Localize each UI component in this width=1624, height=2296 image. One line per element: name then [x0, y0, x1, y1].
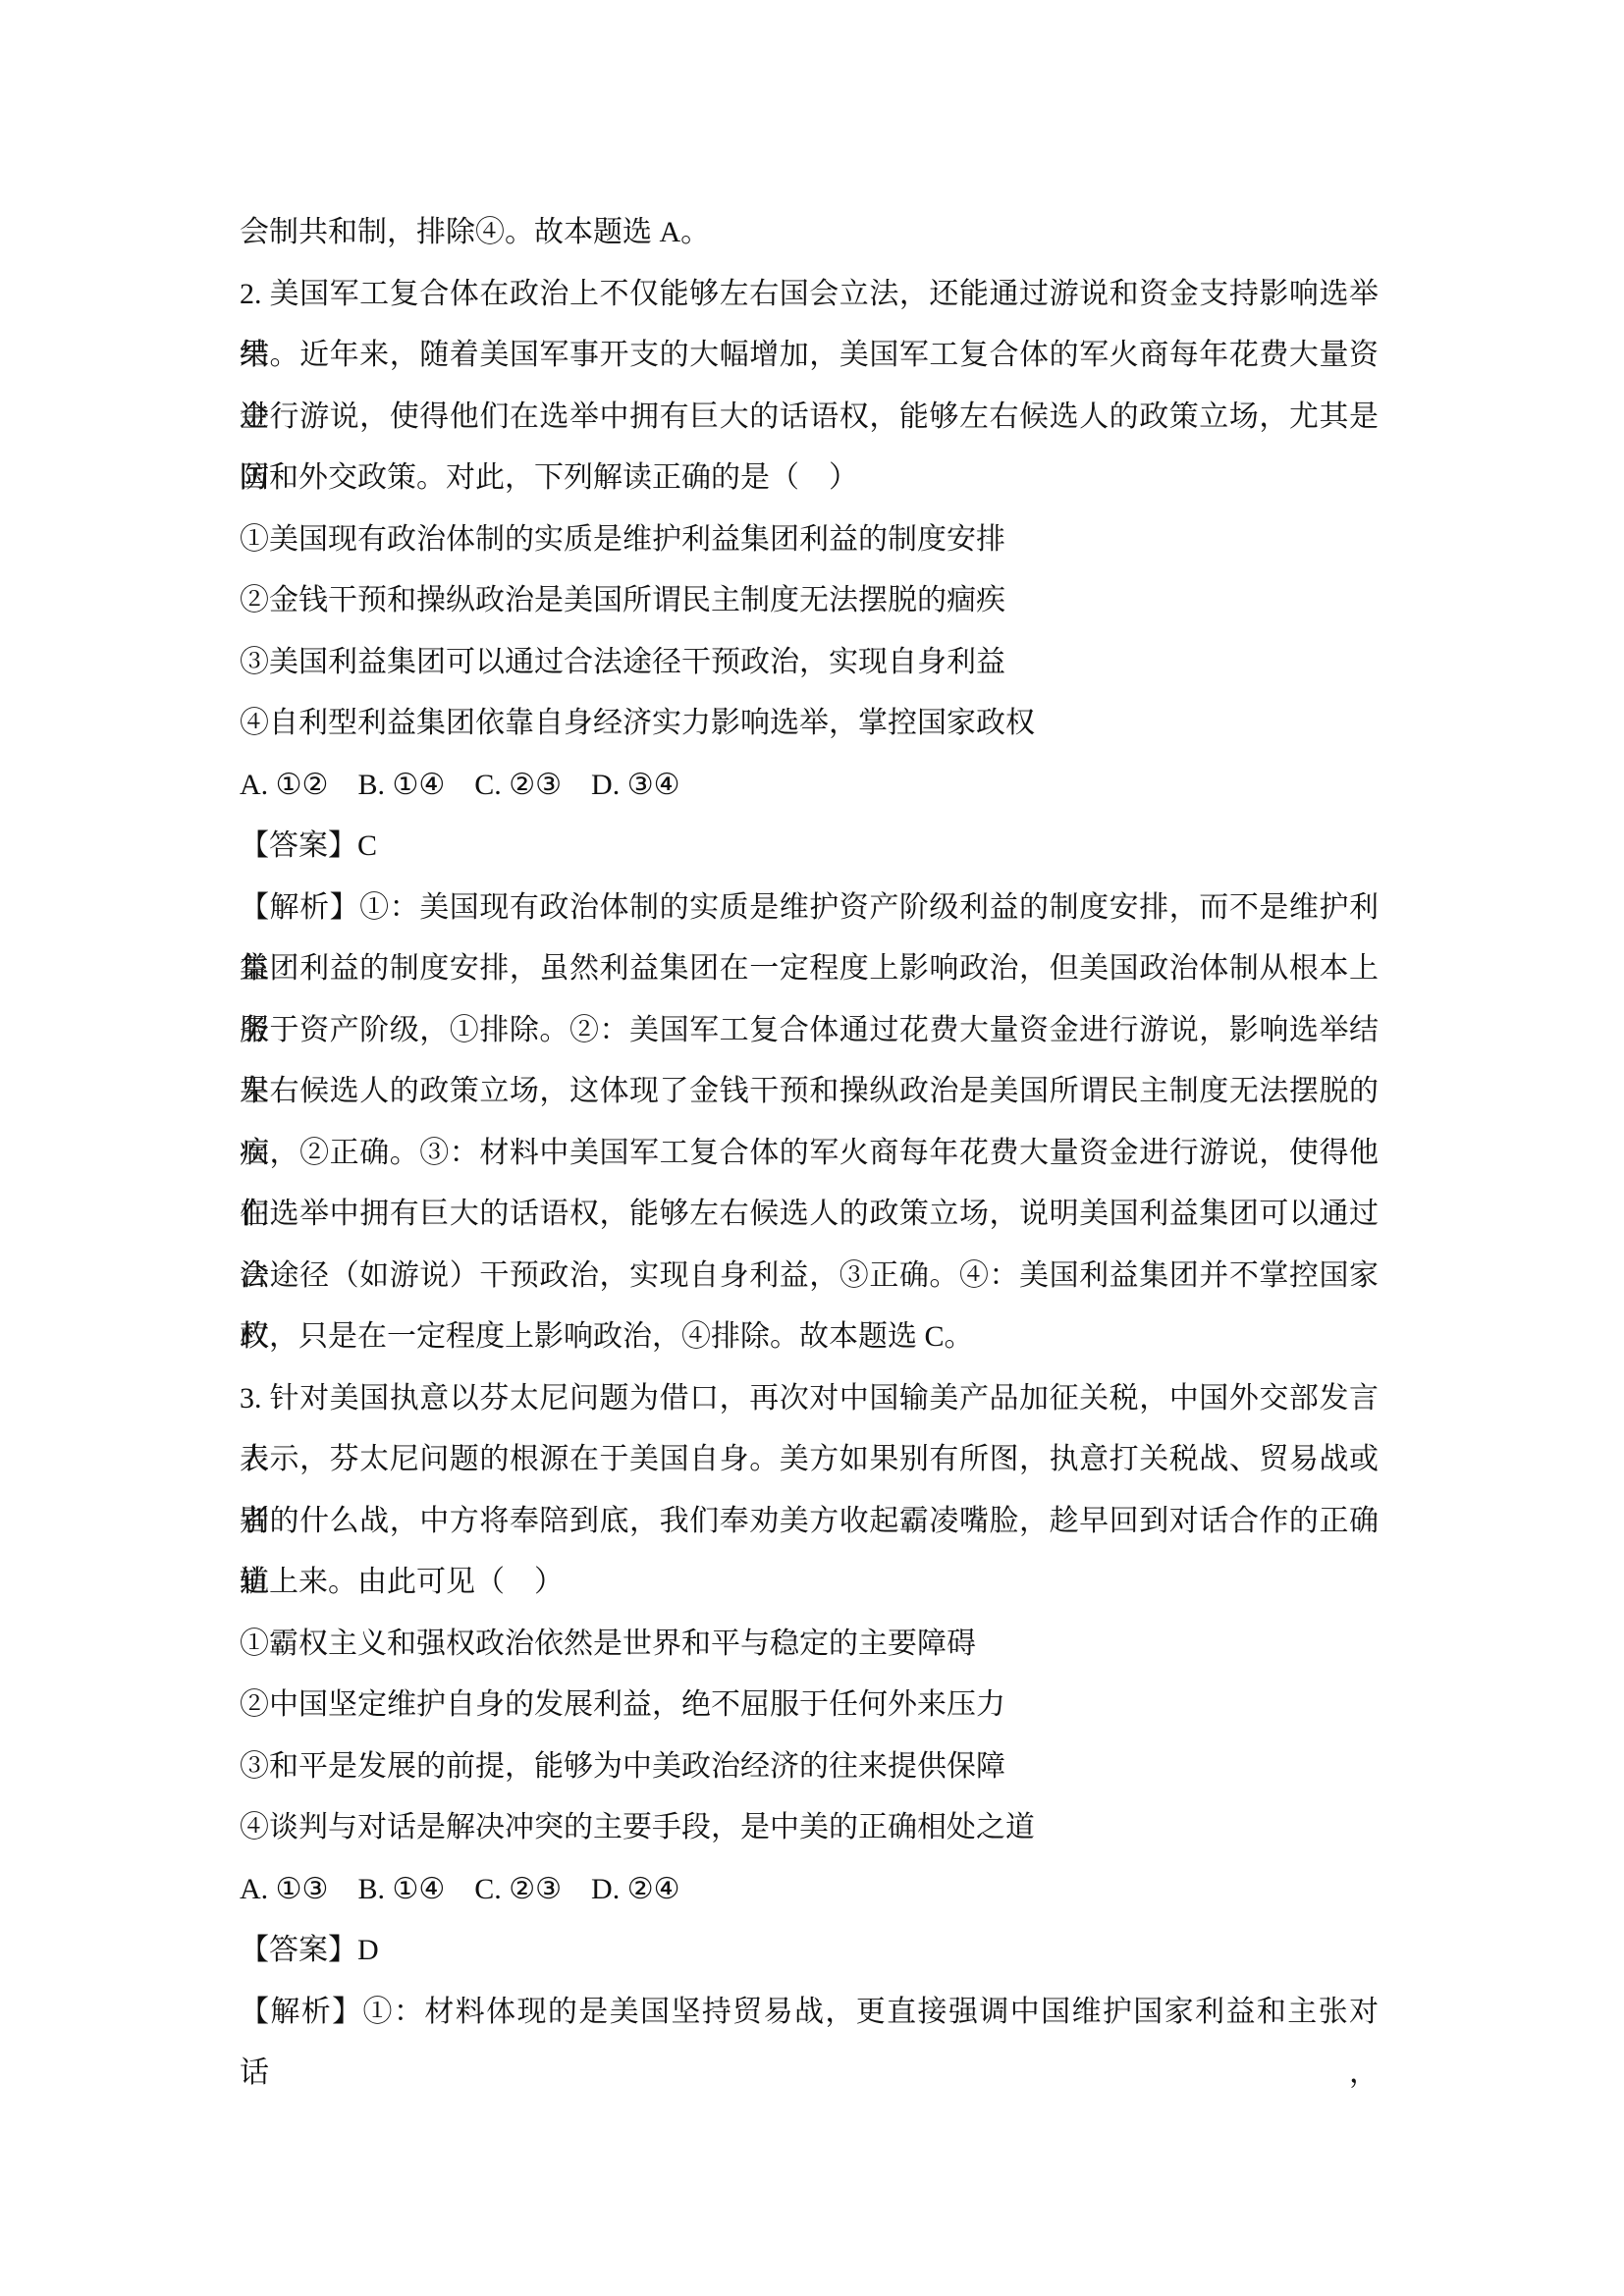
text-line: 法途径（如游说）干预政治，实现自身利益，③正确。④：美国利益集团并不掌控国家政	[240, 1246, 1379, 1308]
document-page: 会制共和制，排除④。故本题选 A。2. 美国军工复合体在政治上不仅能够左右国会立…	[0, 0, 1624, 2296]
text-line: ④自利型利益集团依靠自身经济实力影响选举，掌控国家政权	[240, 693, 1379, 755]
text-line: ①美国现有政治体制的实质是维护利益集团利益的制度安排	[240, 509, 1379, 571]
text-line: 【解析】①：美国现有政治体制的实质是维护资产阶级利益的制度安排，而不是维护利益	[240, 878, 1379, 939]
text-line: ①霸权主义和强权政治依然是世界和平与稳定的主要障碍	[240, 1614, 1379, 1676]
text-line: 在选举中拥有巨大的话语权，能够左右候选人的政策立场，说明美国利益集团可以通过合	[240, 1184, 1379, 1246]
text-line: 防和外交政策。对此，下列解读正确的是（ ）	[240, 448, 1379, 509]
text-line: 左右候选人的政策立场，这体现了金钱干预和操纵政治是美国所谓民主制度无法摆脱的痼	[240, 1061, 1379, 1123]
text-line: 权，只是在一定程度上影响政治，④排除。故本题选 C。	[240, 1307, 1379, 1368]
text-line: 3. 针对美国执意以芬太尼问题为借口，再次对中国输美产品加征关税，中国外交部发言…	[240, 1368, 1379, 1430]
text-line: 表示，芬太尼问题的根源在于美国自身。美方如果别有所图，执意打关税战、贸易战或者	[240, 1429, 1379, 1491]
text-line: ③和平是发展的前提，能够为中美政治经济的往来提供保障	[240, 1736, 1379, 1798]
text-line: 道上来。由此可见（ ）	[240, 1552, 1379, 1614]
text-line: ④谈判与对话是解决冲突的主要手段，是中美的正确相处之道	[240, 1797, 1379, 1859]
text-line: 疾，②正确。③：材料中美国军工复合体的军火商每年花费大量资金进行游说，使得他们	[240, 1123, 1379, 1185]
text-line: 别的什么战，中方将奉陪到底，我们奉劝美方收起霸凌嘴脸，趁早回到对话合作的正确轨	[240, 1491, 1379, 1553]
text-line: ②金钱干预和操纵政治是美国所谓民主制度无法摆脱的痼疾	[240, 570, 1379, 632]
text-line: 2. 美国军工复合体在政治上不仅能够左右国会立法，还能通过游说和资金支持影响选举…	[240, 264, 1379, 326]
text-line: ②中国坚定维护自身的发展利益，绝不屈服于任何外来压力	[240, 1675, 1379, 1736]
text-line: 进行游说，使得他们在选举中拥有巨大的话语权，能够左右候选人的政策立场，尤其是国	[240, 387, 1379, 449]
text-line: 【解析】①：材料体现的是美国坚持贸易战，更直接强调中国维护国家利益和主张对话，	[240, 1982, 1379, 2044]
text-line: A. ①③ B. ①④ C. ②③ D. ②④	[240, 1859, 1379, 1921]
text-line: A. ①② B. ①④ C. ②③ D. ③④	[240, 755, 1379, 817]
text-line: 务于资产阶级，①排除。②：美国军工复合体通过花费大量资金进行游说，影响选举结果	[240, 1000, 1379, 1062]
text-line: ③美国利益集团可以通过合法途径干预政治，实现自身利益	[240, 632, 1379, 694]
document-lines: 会制共和制，排除④。故本题选 A。2. 美国军工复合体在政治上不仅能够左右国会立…	[240, 202, 1379, 2043]
text-line: 【答案】D	[240, 1920, 1379, 1982]
text-line: 集团利益的制度安排，虽然利益集团在一定程度上影响政治，但美国政治体制从根本上服	[240, 938, 1379, 1000]
text-line: 果。近年来，随着美国军事开支的大幅增加，美国军工复合体的军火商每年花费大量资金	[240, 325, 1379, 387]
text-line: 会制共和制，排除④。故本题选 A。	[240, 202, 1379, 264]
text-line: 【答案】C	[240, 816, 1379, 878]
